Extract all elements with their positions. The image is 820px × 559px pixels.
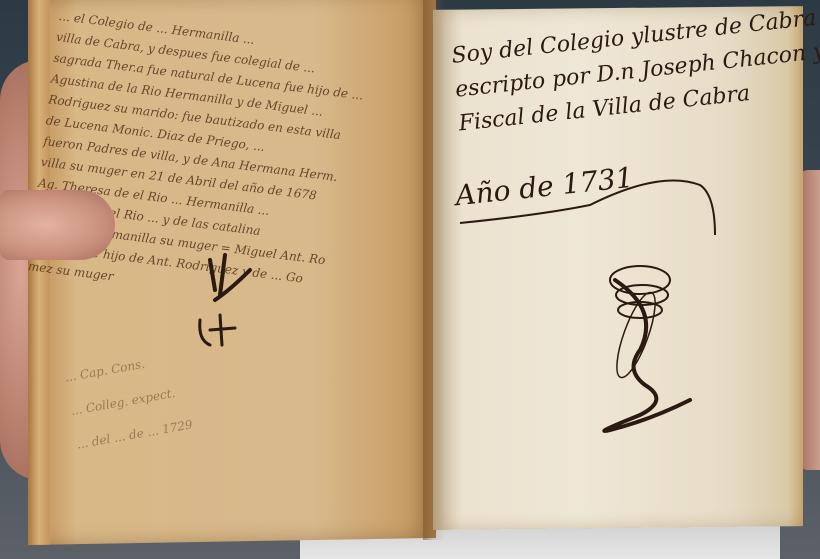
photo-scene: ... el Colegio de ... Hermanilla ... vil…	[0, 0, 820, 559]
signature-rubric-icon	[590, 240, 710, 440]
faded-text: ... Cap. Cons. ... Colleg. expect. ... d…	[62, 341, 195, 462]
book-gutter	[423, 0, 445, 540]
thumb	[0, 190, 115, 260]
ink-mark-icon	[190, 250, 270, 360]
